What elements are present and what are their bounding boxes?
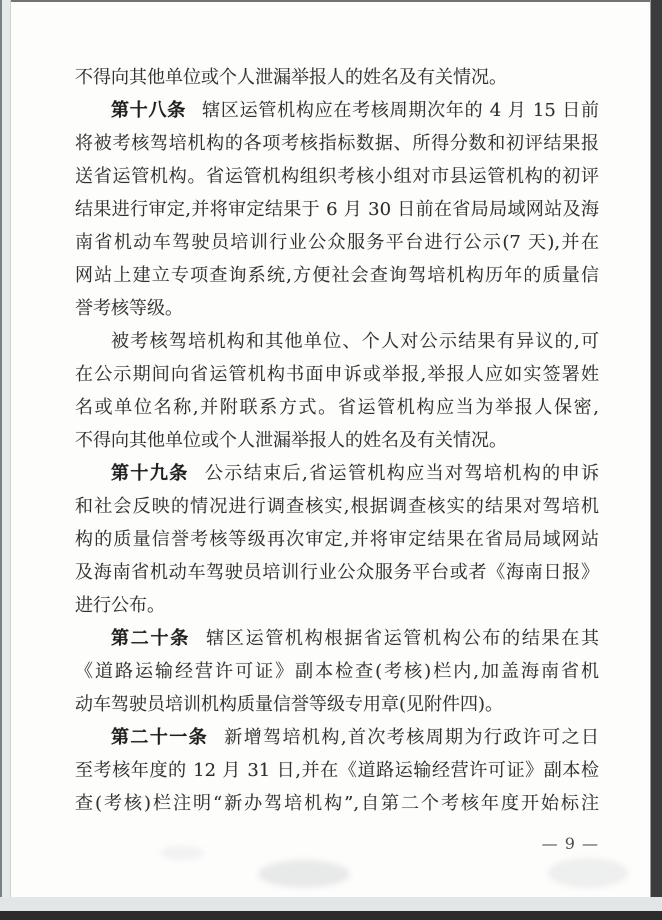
text-line: 第十九条公示结束后,省运管机构应当对驾培机构的申诉 (75, 457, 599, 490)
scan-smudge (548, 858, 628, 888)
text-line: 至考核年度的 12 月 31 日,并在《道路运输经营许可证》副本检 (75, 754, 599, 787)
text-line: 名或单位名称,并附联系方式。省运管机构应当为举报人保密, (75, 391, 599, 424)
document-body: 不得向其他单位或个人泄漏举报人的姓名及有关情况。第十八条辖区运管机构应在考核周期… (75, 61, 599, 820)
article-number: 第二十一条 (111, 727, 208, 748)
text-line: 结果进行审定,并将审定结果于 6 月 30 日前在省局局域网站及海 (75, 193, 599, 226)
article-number: 第二十条 (111, 628, 190, 649)
page-number: — 9 — (75, 834, 599, 853)
scan-edge-top (6, 0, 654, 2)
scanned-document-page: 不得向其他单位或个人泄漏举报人的姓名及有关情况。第十八条辖区运管机构应在考核周期… (0, 0, 662, 920)
article-number: 第十八条 (111, 100, 186, 121)
scan-edge-right (650, 0, 662, 920)
text-line: 进行公布。 (75, 589, 599, 622)
text-line: 誉考核等级。 (75, 292, 599, 325)
text-line: 第二十条辖区运管机构根据省运管机构公布的结果在其 (75, 622, 599, 655)
text-line: 构的质量信誉考核等级再次审定,并将审定结果在省局局域网站 (75, 523, 599, 556)
text-line: 不得向其他单位或个人泄漏举报人的姓名及有关情况。 (75, 424, 599, 457)
text-line: 送省运管机构。省运管机构组织考核小组对市县运管机构的初评 (75, 160, 599, 193)
text-line: 南省机动车驾驶员培训行业公众服务平台进行公示(7 天),并在 (75, 226, 599, 259)
scan-edge-left-band (2, 0, 11, 920)
text-line: 在公示期间向省运管机构书面申诉或举报,举报人应如实签署姓 (75, 358, 599, 391)
text-line: 动车驾驶员培训机构质量信誉等级专用章(见附件四)。 (75, 688, 599, 721)
text-line: 被考核驾培机构和其他单位、个人对公示结果有异议的,可 (75, 325, 599, 358)
text-line: 查(考核)栏注明“新办驾培机构”,自第二个考核年度开始标注 (75, 787, 599, 820)
text-line: 不得向其他单位或个人泄漏举报人的姓名及有关情况。 (75, 61, 599, 94)
scan-smudge (258, 860, 350, 888)
text-line: 《道路运输经营许可证》副本检查(考核)栏内,加盖海南省机 (75, 655, 599, 688)
text-line: 第十八条辖区运管机构应在考核周期次年的 4 月 15 日前 (75, 94, 599, 127)
text-line: 和社会反映的情况进行调查核实,根据调查核实的结果对驾培机 (75, 490, 599, 523)
scan-edge-left (0, 0, 2, 920)
text-line: 及海南省机动车驾驶员培训行业公众服务平台或者《海南日报》 (75, 556, 599, 589)
scan-edge-bottom-band (0, 897, 662, 911)
article-number: 第十九条 (111, 463, 189, 484)
text-line: 第二十一条新增驾培机构,首次考核周期为行政许可之日 (75, 721, 599, 754)
text-line: 网站上建立专项查询系统,方便社会查询驾培机构历年的质量信 (75, 259, 599, 292)
text-line: 将被考核驾培机构的各项考核指标数据、所得分数和初评结果报 (75, 127, 599, 160)
scan-edge-bottom (0, 911, 662, 920)
